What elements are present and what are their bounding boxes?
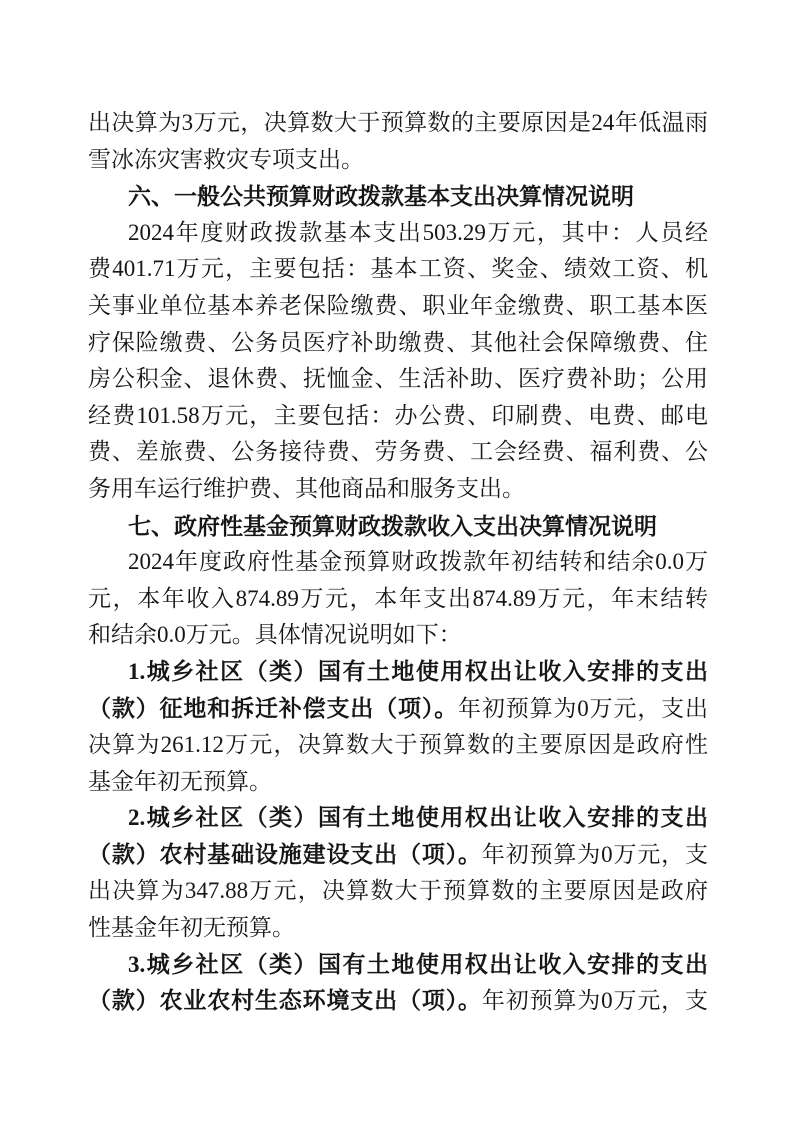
body-text: 年初预算为0万元，支 <box>482 842 708 867</box>
text-line: 经费101.58万元，主要包括：办公费、印刷费、电费、邮电 <box>88 398 708 435</box>
heading-text: 七、政府性基金预算财政拨款收入支出决算情况说明 <box>128 513 657 539</box>
body-text: 经费101.58万元，主要包括：办公费、印刷费、电费、邮电 <box>88 403 708 428</box>
text-line: 1.城乡社区（类）国有土地使用权出让收入安排的支出 <box>88 654 708 691</box>
text-line: 雪冰冻灾害救灾专项支出。 <box>88 142 708 179</box>
body-text: 疗保险缴费、公务员医疗补助缴费、其他社会保障缴费、住 <box>88 330 708 355</box>
bold-text: 3.城乡社区（类）国有土地使用权出让收入安排的支出 <box>128 952 708 977</box>
text-line: （款）农村基础设施建设支出（项）。年初预算为0万元，支 <box>88 837 708 874</box>
text-line: 关事业单位基本养老保险缴费、职业年金缴费、职工基本医 <box>88 288 708 325</box>
body-text: 关事业单位基本养老保险缴费、职业年金缴费、职工基本医 <box>88 293 708 318</box>
body-text: 雪冰冻灾害救灾专项支出。 <box>88 147 364 172</box>
body-text: 性基金年初无预算。 <box>88 915 295 940</box>
bold-text: （款）农村基础设施建设支出（项）。 <box>88 842 482 867</box>
text-line: 决算为261.12万元，决算数大于预算数的主要原因是政府性 <box>88 727 708 764</box>
text-line: 疗保险缴费、公务员医疗补助缴费、其他社会保障缴费、住 <box>88 325 708 362</box>
body-text: 出决算为347.88万元，决算数大于预算数的主要原因是政府 <box>88 878 708 903</box>
body-text: 务用车运行维护费、其他商品和服务支出。 <box>88 476 525 501</box>
text-line: 元，本年收入874.89万元，本年支出874.89万元，年末结转 <box>88 581 708 618</box>
body-text: 2024年度政府性基金预算财政拨款年初结转和结余0.0万 <box>128 549 708 574</box>
text-line: 费、差旅费、公务接待费、劳务费、工会经费、福利费、公 <box>88 434 708 471</box>
section-heading-line: 七、政府性基金预算财政拨款收入支出决算情况说明 <box>88 508 708 545</box>
bold-text: 1.城乡社区（类）国有土地使用权出让收入安排的支出 <box>128 659 708 684</box>
text-line: 出决算为347.88万元，决算数大于预算数的主要原因是政府 <box>88 873 708 910</box>
body-text: 决算为261.12万元，决算数大于预算数的主要原因是政府性 <box>88 732 708 757</box>
bold-text: 2.城乡社区（类）国有土地使用权出让收入安排的支出 <box>128 805 708 830</box>
body-text: 费、差旅费、公务接待费、劳务费、工会经费、福利费、公 <box>88 439 708 464</box>
body-text: 出决算为3万元，决算数大于预算数的主要原因是24年低温雨 <box>88 110 708 135</box>
text-line: 3.城乡社区（类）国有土地使用权出让收入安排的支出 <box>88 947 708 984</box>
text-line: 2024年度财政拨款基本支出503.29万元，其中：人员经 <box>88 215 708 252</box>
body-text: 和结余0.0万元。具体情况说明如下： <box>88 622 462 647</box>
text-line: 费401.71万元，主要包括：基本工资、奖金、绩效工资、机 <box>88 251 708 288</box>
body-text: 2024年度财政拨款基本支出503.29万元，其中：人员经 <box>128 220 708 245</box>
text-line: 务用车运行维护费、其他商品和服务支出。 <box>88 471 708 508</box>
body-text: 房公积金、退休费、抚恤金、生活补助、医疗费补助；公用 <box>88 366 708 391</box>
text-line: 性基金年初无预算。 <box>88 910 708 947</box>
body-text: 费401.71万元，主要包括：基本工资、奖金、绩效工资、机 <box>88 256 708 281</box>
body-text: 元，本年收入874.89万元，本年支出874.89万元，年末结转 <box>88 586 708 611</box>
bold-text: （款）征地和拆迁补偿支出（项）。 <box>88 696 458 721</box>
body-text: 年初预算为0万元，支 <box>482 988 708 1013</box>
document-page: 出决算为3万元，决算数大于预算数的主要原因是24年低温雨雪冰冻灾害救灾专项支出。… <box>0 0 793 1122</box>
body-text: 基金年初无预算。 <box>88 769 272 794</box>
text-line: （款）征地和拆迁补偿支出（项）。年初预算为0万元，支出 <box>88 691 708 728</box>
text-line: 和结余0.0万元。具体情况说明如下： <box>88 617 708 654</box>
text-line: 出决算为3万元，决算数大于预算数的主要原因是24年低温雨 <box>88 105 708 142</box>
section-heading-line: 六、一般公共预算财政拨款基本支出决算情况说明 <box>88 178 708 215</box>
text-line: （款）农业农村生态环境支出（项）。年初预算为0万元，支 <box>88 983 708 1020</box>
text-line: 2024年度政府性基金预算财政拨款年初结转和结余0.0万 <box>88 544 708 581</box>
heading-text: 六、一般公共预算财政拨款基本支出决算情况说明 <box>128 183 634 209</box>
text-line: 房公积金、退休费、抚恤金、生活补助、医疗费补助；公用 <box>88 361 708 398</box>
text-line: 2.城乡社区（类）国有土地使用权出让收入安排的支出 <box>88 800 708 837</box>
bold-text: （款）农业农村生态环境支出（项）。 <box>88 988 482 1013</box>
body-text: 年初预算为0万元，支出 <box>458 696 708 721</box>
document-body: 出决算为3万元，决算数大于预算数的主要原因是24年低温雨雪冰冻灾害救灾专项支出。… <box>88 105 708 1020</box>
text-line: 基金年初无预算。 <box>88 764 708 801</box>
